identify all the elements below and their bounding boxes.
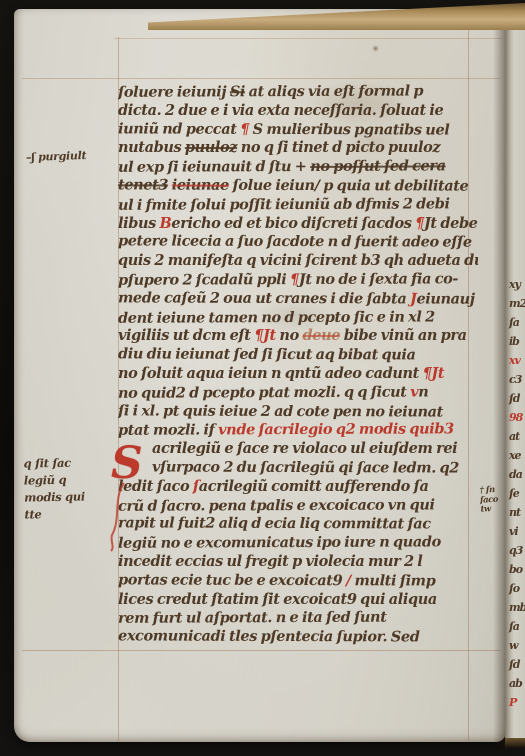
ruling-line-top [22,78,500,79]
manuscript-text-segment: rapit ul fuit2 aliq d ecia liq committat… [118,515,431,533]
manuscript-text-segment: no [276,327,303,344]
manuscript-line: crũ d ſacro. pena tpalis e excoicaco vn … [118,496,478,516]
facing-page-text-fragment: w [505,639,525,658]
facing-page-text-fragment: q3 [505,544,525,563]
manuscript-line: ſoluere ieiunij Si at aliqs via eſt form… [118,83,478,103]
manuscript-line: petere licecia a ſuo ſacdote n d fuerit … [118,233,478,253]
manuscript-text-segment: lices credut ſtatim ſit excoicat9 qui al… [118,591,437,608]
manuscript-text-segment: deue [303,327,341,344]
manuscript-line: no quid2 d pcepto ptat mozli. q q ſicut … [118,383,478,403]
manuscript-text-segment: ul i fmite ſolui poſſit ieiuniũ ab dfmis… [118,195,450,213]
manuscript-line: diu diu ieiunat ſed ſi ſicut aq bibat qu… [118,346,478,366]
facing-page-text-fragment: xy [505,278,525,297]
manuscript-line: ul exp ſi ieiunauit d ſtu + no poſſut ſe… [118,157,478,177]
facing-page-text-fragment: P [505,696,525,715]
manuscript-line: ſi i xl. pt quis ieiue 2 ad cote pen no … [118,402,478,422]
facing-page-text-fragment: ab [505,677,525,696]
manuscript-line: ptat mozli. if vnde ſacrilegio q2 modis … [118,421,478,441]
manuscript-text-segment: ¶Jt [254,327,276,344]
manuscript-text-segment: bibe vinũ an pra [340,327,467,344]
manuscript-text-segment: pſupero 2 ſcadalũ ppli [118,271,290,289]
manuscript-text-segment: crũ d ſacro. pena tpalis e excoicaco vn … [118,496,435,514]
facing-page-text-fragment: c3 [505,373,525,392]
manuscript-line: ledit ſaco ſacrilegiũ comitt aufferendo … [118,478,478,497]
manuscript-text-segment: nutabus [118,139,185,156]
manuscript-line: vigiliis ut dcm eſt ¶Jt no deue bibe vin… [118,327,478,346]
manuscript-text-segment: Jt no de i ſexta fia co- [299,270,458,288]
manuscript-line: lices credut ſtatim ſit excoicat9 qui al… [118,591,478,610]
parchment-speck [372,45,379,52]
manuscript-text-segment: ſoluere ieiunij [118,83,230,100]
facing-page-text-fragment: xe [505,449,525,468]
manuscript-line: tenet3 ieiunae ſolue ieiun/ p quia ut de… [118,176,478,196]
manuscript-text-segment: portas ecie tuc be e excoicat9 [118,571,346,589]
facing-page-text-fragment: ſa [505,316,525,335]
manuscript-line: vſurpaco 2 du ſacrilegiũ qi ſace ledm. q… [118,458,478,478]
manuscript-text-segment: vnde ſacrilegio q2 modis quib3 [218,421,454,439]
facing-page-text-fragment: ſd [505,392,525,411]
manuscript-text-segment: iuniũ nd peccat [118,120,240,137]
manuscript-text-segment: ſolue ieiun/ p quia ut debilitate [229,177,469,195]
manuscript-text-segment: ¶ [290,271,299,288]
manuscript-page: –ʃ purgiult q ſit ſaclegiũ qmodis quitte… [14,9,506,742]
manuscript-text-segment: ſi i xl. pt quis ieiue 2 ad cote pen no … [118,402,443,420]
manuscript-text-segment: no ſoluit aqua ieiun n qntũ adeo cadunt [118,365,423,382]
margin-note-top-left: –ʃ purgiult [26,149,87,164]
manuscript-text-segment: puuloz [185,139,237,156]
manuscript-text-segment: n [418,383,428,400]
manuscript-text-segment: tenet3 [118,176,168,193]
margin-note-line: tw [480,504,506,515]
initial-flourish-tail [109,481,129,553]
manuscript-text-segment: vſurpaco 2 du ſacrilegiũ qi ſace ledm. q… [152,458,459,476]
facing-page-text-fragment: da [505,468,525,487]
manuscript-text-segment: mede caſeũ 2 oua ut cranes i die ſabta [118,289,410,307]
margin-note-line: legiũ q [24,471,85,489]
manuscript-line: excomunicadi tles pſentecia ſupior. Sed [118,627,478,647]
facing-page-text-fragment: 98 [505,411,525,430]
facing-page-text-fragment: ſd [505,658,525,677]
manuscript-line: legiũ no e excomunicatus ipo iure n quad… [118,533,478,553]
manuscript-text-segment: ul exp ſi ieiunauit d ſtu + [118,158,310,176]
margin-note-right: † ſn ſacotw [479,485,506,515]
manuscript-line: mede caſeũ 2 oua ut cranes i die ſabta J… [118,289,478,309]
manuscript-text-segment: quis 2 manifeſta q vicini ſcirent b3 qh … [118,252,478,269]
facing-page-edge: xym2ſaibxvc3ſd98atxedaſentviq3boſombſawſ… [505,26,525,748]
facing-page-text-fragment: vi [505,525,525,544]
manuscript-line: rapit ul fuit2 aliq d ecia liq committat… [118,515,478,535]
margin-note-line: † ſn ſaco [479,485,506,505]
manuscript-text-segment: diu diu ieiunat ſed ſi ſicut aq bibat qu… [118,346,416,364]
manuscript-text-segment: no poſſut ſed cera [310,158,445,176]
manuscript-text-segment: incedit eccias ul fregit p violecia mur … [118,553,422,570]
ruling-line-top-faint [114,38,502,39]
manuscript-text-segment: rem furt ul aſportat. n e ita ſed ſunt [118,609,387,627]
manuscript-text-segment: S mulieribus pgnatibs uel [249,120,449,138]
margin-note-line: tte [24,505,85,523]
facing-page-text-fragment: xv [505,354,525,373]
manuscript-line: incedit eccias ul fregit p violecia mur … [118,553,478,572]
manuscript-line: nutabus puuloz no q ſi tinet d picto puu… [118,139,478,158]
manuscript-text-segment: ¶ [240,120,249,137]
facing-page-bottom-shadow [505,738,525,748]
facing-page-blank-edge [505,26,525,278]
manuscript-text-segment: ¶Jt [423,365,445,382]
margin-note-left: q ſit ſaclegiũ qmodis quitte [23,454,85,523]
manuscript-photo: –ʃ purgiult q ſit ſaclegiũ qmodis quitte… [0,0,525,756]
manuscript-text-segment: multi ſimp [351,572,436,589]
manuscript-text-segment: dicta. 2 due e i via exta neceſſaria. ſo… [118,102,443,119]
manuscript-line: dent ieiune tamen no d pcepto ſic e in x… [118,308,478,328]
margin-note-line: q ſit ſac [23,454,84,472]
manuscript-text-segment: legiũ no e excomunicatus ipo iure n quad… [118,534,441,552]
manuscript-text-segment: acrilegiũ comitt aufferendo ſa [199,478,429,495]
manuscript-line: pſupero 2 ſcadalũ ppli ¶Jt no de i ſexta… [118,270,478,290]
text-block: ſoluere ieiunij Si at aliqs via eſt form… [118,83,478,653]
manuscript-text-segment: eiunauj [416,290,474,307]
manuscript-text-segment: dent ieiune tamen no d pcepto ſic e in x… [118,308,435,326]
manuscript-text-segment: ieiunae [172,177,229,194]
facing-page-text-fragment: nt [505,506,525,525]
manuscript-text-segment: ¶ [415,215,424,232]
manuscript-text-segment: no quid2 d pcepto ptat mozli. q q ſicut [118,383,410,401]
facing-page-text-fragment: bo [505,563,525,582]
facing-page-text-fragment: ſe [505,487,525,506]
manuscript-text-segment: no q ſi tinet d picto puuloz [237,139,440,156]
manuscript-text-segment: ptat mozli. if [118,422,218,439]
manuscript-text-segment: Jt debent [424,215,478,232]
manuscript-text-segment: libus [118,215,160,232]
manuscript-text-segment: excomunicadi tles pſentecia ſupior. Sed [118,627,420,645]
margin-note-line: modis qui [24,488,85,506]
manuscript-text-segment: acrilegiũ e ſace re violaco ul eiuſdem r… [152,440,457,457]
facing-page-text-fragment: at [505,430,525,449]
manuscript-line: quis 2 manifeſta q vicini ſcirent b3 qh … [118,252,478,271]
manuscript-line: rem furt ul aſportat. n e ita ſed ſunt [118,609,478,629]
facing-page-text-fragment: mb [505,601,525,620]
facing-page-text-fragment: m2 [505,297,525,316]
manuscript-text-segment: ericho ed et bico diſcreti ſacdos [171,215,415,232]
manuscript-text-segment: petere licecia a ſuo ſacdote n d fuerit … [118,233,472,251]
manuscript-line: ul i fmite ſolui poſſit ieiuniũ ab dfmis… [118,195,478,215]
manuscript-line: acrilegiũ e ſace re violaco ul eiuſdem r… [118,440,478,459]
manuscript-line: dicta. 2 due e i via exta neceſſaria. ſo… [118,102,478,121]
facing-page-text-fragment: ib [505,335,525,354]
manuscript-text-segment: at aliqs via eſt formal p [245,83,423,100]
manuscript-text-segment: B [160,215,172,232]
manuscript-line: libus Bericho ed et bico diſcreti ſacdos… [118,215,478,234]
manuscript-text-segment: vigiliis ut dcm eſt [118,327,254,344]
manuscript-line: portas ecie tuc be e excoicat9 / multi ſ… [118,571,478,591]
facing-page-text-fragment: ſa [505,620,525,639]
manuscript-line: iuniũ nd peccat ¶ S mulieribus pgnatibs … [118,120,478,140]
manuscript-text-segment: Si [230,83,245,100]
manuscript-line: no ſoluit aqua ieiun n qntũ adeo cadunt … [118,365,478,384]
facing-page-text-fragment: ſo [505,582,525,601]
